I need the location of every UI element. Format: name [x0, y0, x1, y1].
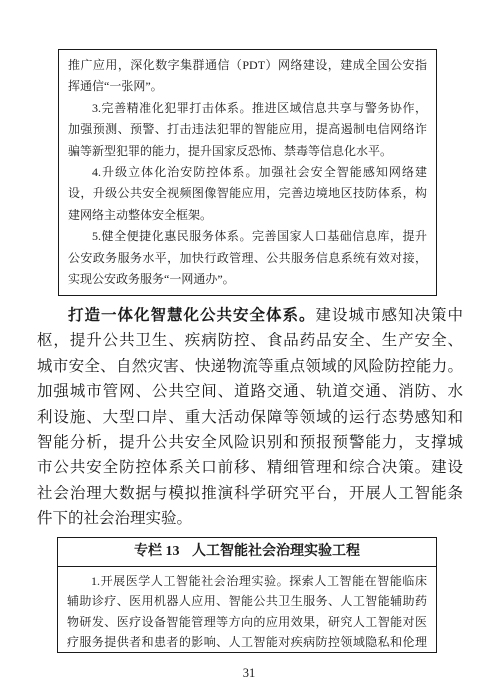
- column-box-label: 专栏 13: [134, 544, 180, 559]
- text-line: 建网络主动整体安全框架。: [68, 205, 427, 226]
- text-line: 公安政务服务水平，加快行政管理、公共服务信息系统有效对接，: [68, 248, 427, 269]
- text-line: 枢，提升公共卫生、疾病防控、食品药品安全、生产安全、: [37, 328, 463, 353]
- text-line: 辅助诊疗、医用机器人应用、智能公共卫生服务、人工智能辅助药: [67, 591, 427, 611]
- column-box-body: 1.开展医学人工智能社会治理实验。探索人工智能在智能临床 辅助诊疗、医用机器人应…: [58, 567, 436, 653]
- text-line: 实现公安政务服务“一网通办”。: [68, 269, 427, 290]
- text-line: 件下的社会治理实验。: [37, 506, 463, 531]
- column-box-public-security: 推广应用，深化数字集群通信（PDT）网络建设，建成全国公安指 挥通信“一张网”。…: [58, 49, 437, 296]
- column-box-title: 人工智能社会治理实验工程: [192, 544, 360, 559]
- text-line: 市公共安全防控体系关口前移、精细管理和综合决策。建设: [37, 455, 463, 480]
- text-line: 5.健全便捷化惠民服务体系。完善国家人口基础信息库，提升: [68, 226, 427, 247]
- column-box-13-ai-social-governance: 专栏 13人工智能社会治理实验工程 1.开展医学人工智能社会治理实验。探索人工智…: [57, 537, 437, 653]
- text-line: 利设施、大型口岸、重大活动保障等领域的运行态势感知和: [37, 405, 463, 430]
- paragraph-lead-rest: 建设城市感知决策中: [315, 307, 463, 324]
- text-line: 疗服务提供者和患者的影响、人工智能对疾病防控领域隐私和伦理: [67, 632, 427, 652]
- text-line: 加强预测、预警、打击违法犯罪的智能应用，提高遏制电信网络诈: [68, 119, 427, 140]
- document-page: 推广应用，深化数字集群通信（PDT）网络建设，建成全国公安指 挥通信“一张网”。…: [0, 0, 498, 689]
- text-line: 3.完善精准化犯罪打击体系。推进区域信息共享与警务协作，: [68, 98, 427, 119]
- text-line: 推广应用，深化数字集群通信（PDT）网络建设，建成全国公安指: [68, 55, 427, 76]
- text-line: 加强城市管网、公共空间、道路交通、轨道交通、消防、水: [37, 379, 463, 404]
- text-line: 挥通信“一张网”。: [68, 76, 427, 97]
- text-line: 智能分析，提升公共安全风险识别和预报预警能力，支撑城: [37, 430, 463, 455]
- text-line: 打造一体化智慧化公共安全体系。建设城市感知决策中: [37, 303, 463, 328]
- text-line: 1.开展医学人工智能社会治理实验。探索人工智能在智能临床: [67, 571, 427, 591]
- paragraph-lead-bold: 打造一体化智慧化公共安全体系。: [68, 307, 315, 324]
- text-line: 设，升级公共安全视频图像智能应用，完善边境地区技防体系，构: [68, 183, 427, 204]
- text-line: 4.升级立体化治安防控体系。加强社会安全智能感知网络建: [68, 162, 427, 183]
- text-line: 社会治理大数据与模拟推演科学研究平台，开展人工智能条: [37, 481, 463, 506]
- column-box-header: 专栏 13人工智能社会治理实验工程: [58, 538, 436, 567]
- page-number: 31: [0, 666, 498, 681]
- text-line: 骗等新型犯罪的能力，提升国家反恐怖、禁毒等信息化水平。: [68, 141, 427, 162]
- text-line: 城市安全、自然灾害、快递物流等重点领域的风险防控能力。: [37, 354, 463, 379]
- text-line: 物研发、医疗设备智能管理等方向的应用效果，研究人工智能对医: [67, 612, 427, 632]
- body-paragraph-smart-public-safety: 打造一体化智慧化公共安全体系。建设城市感知决策中 枢，提升公共卫生、疾病防控、食…: [37, 303, 463, 532]
